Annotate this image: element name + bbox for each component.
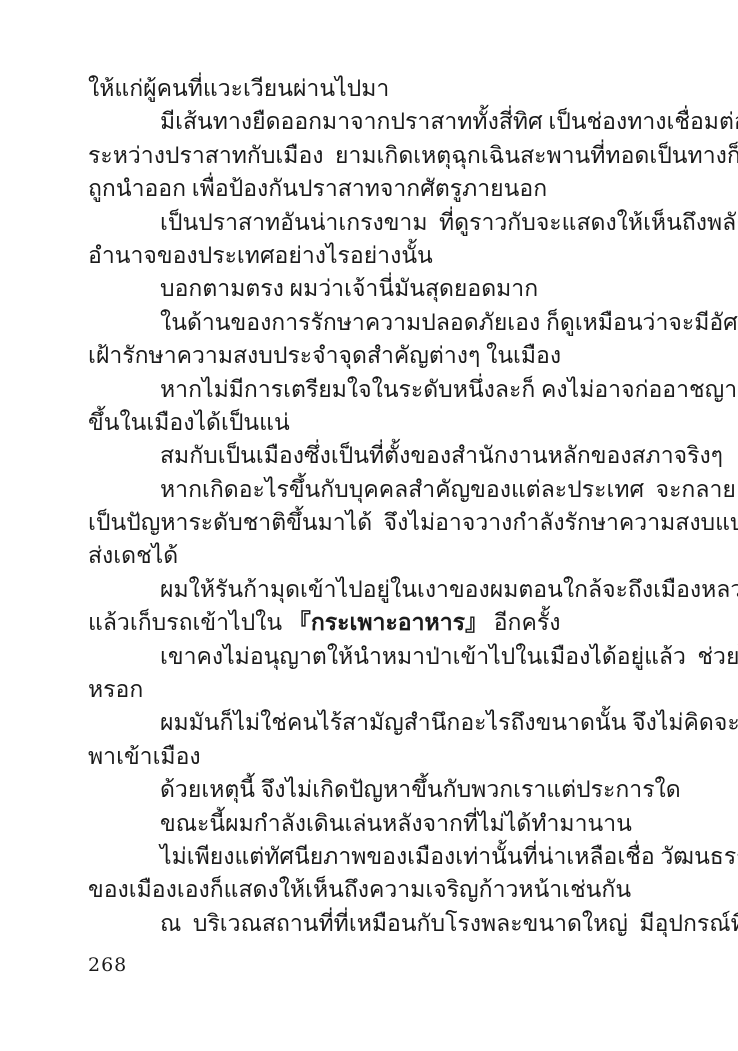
text-line: เฝ้ารักษาความสงบประจำจุดสำคัญต่างๆ ในเมื…: [88, 339, 660, 372]
bold-term: 『กระเพาะอาหาร』: [288, 610, 488, 635]
text-line: อำนาจของประเทศอย่างไรอย่างนั้น: [88, 239, 660, 272]
text-line: เป็นปราสาทอันน่าเกรงขาม ที่ดูราวกับจะแสด…: [88, 206, 660, 239]
text-line: ขึ้นในเมืองได้เป็นแน่: [88, 406, 660, 439]
page-number: 268: [88, 954, 127, 976]
text-line: ของเมืองเองก็แสดงให้เห็นถึงความเจริญก้าว…: [88, 873, 660, 906]
text-line: สมกับเป็นเมืองซึ่งเป็นที่ตั้งของสำนักงาน…: [88, 439, 660, 472]
text-line: ณ บริเวณสถานที่ที่เหมือนกับโรงพละขนาดใหญ…: [88, 907, 660, 940]
body-text: ให้แก่ผู้คนที่แวะเวียนผ่านไปมา มีเส้นทาง…: [88, 72, 660, 940]
text-line: ผมให้รันก้ามุดเข้าไปอยู่ในเงาของผมตอนใกล…: [88, 573, 660, 606]
text-line: มีเส้นทางยืดออกมาจากปราสาททั้งสี่ทิศ เป็…: [88, 105, 660, 138]
text-line: ผมมันก็ไม่ใช่คนไร้สามัญสำนึกอะไรถึงขนาดน…: [88, 706, 660, 739]
text-line: ไม่เพียงแต่ทัศนียภาพของเมืองเท่านั้นที่น…: [88, 840, 660, 873]
text-line: ให้แก่ผู้คนที่แวะเวียนผ่านไปมา: [88, 72, 660, 105]
text-line: ขณะนี้ผมกำลังเดินเล่นหลังจากที่ไม่ได้ทำม…: [88, 807, 660, 840]
text-line: ถูกนำออก เพื่อป้องกันปราสาทจากศัตรูภายนอ…: [88, 172, 660, 205]
text-line: เขาคงไม่อนุญาตให้นำหมาป่าเข้าไปในเมืองได…: [88, 640, 660, 673]
text-line: หากไม่มีการเตรียมใจในระดับหนึ่งละก็ คงไม…: [88, 373, 660, 406]
text-segment: แล้วเก็บรถเข้าไปใน: [88, 610, 288, 635]
text-line: ระหว่างปราสาทกับเมือง ยามเกิดเหตุฉุกเฉิน…: [88, 139, 660, 172]
text-segment: อีกครั้ง: [488, 610, 560, 635]
text-line: ส่งเดชได้: [88, 539, 660, 572]
text-line-with-bold-term: แล้วเก็บรถเข้าไปใน 『กระเพาะอาหาร』 อีกครั…: [88, 606, 660, 639]
text-line: ด้วยเหตุนี้ จึงไม่เกิดปัญหาขึ้นกับพวกเรา…: [88, 773, 660, 806]
text-line: ในด้านของการรักษาความปลอดภัยเอง ก็ดูเหมื…: [88, 306, 660, 339]
text-line: หรอก: [88, 673, 660, 706]
text-line: บอกตามตรง ผมว่าเจ้านี่มันสุดยอดมาก: [88, 272, 660, 305]
text-line: หากเกิดอะไรขึ้นกับบุคคลสำคัญของแต่ละประเ…: [88, 473, 660, 506]
book-page: ให้แก่ผู้คนที่แวะเวียนผ่านไปมา มีเส้นทาง…: [0, 0, 738, 1051]
text-line: เป็นปัญหาระดับชาติขึ้นมาได้ จึงไม่อาจวาง…: [88, 506, 660, 539]
text-line: พาเข้าเมือง: [88, 740, 660, 773]
